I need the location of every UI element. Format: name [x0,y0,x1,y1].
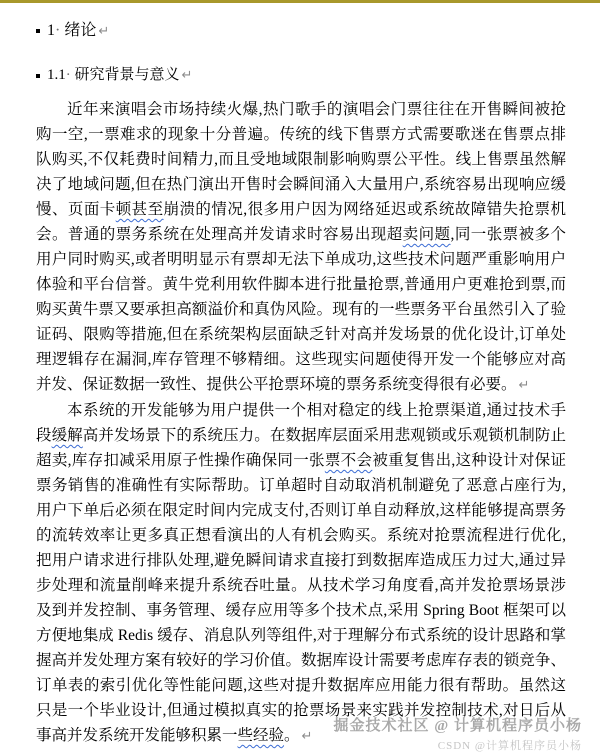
paragraph-background: 近年来演唱会市场持续火爆,热门歌手的演唱会门票往往在开售瞬间被抢购一空,一票难求… [36,97,566,398]
heading-chapter-1: 1· 绪论↵ [36,21,566,42]
paragraph-significance: 本系统的开发能够为用户提供一个相对稳定的线上抢票渠道,通过技术手段缓解高并发场景… [36,398,566,749]
paragraph-end-mark: ↵ [302,729,313,744]
outline-square-marker-icon [36,74,40,78]
document-body: 1· 绪论↵ 1.1· 研究背景与意义↵ 近年来演唱会市场持续火爆,热门歌手的演… [0,0,600,749]
heading-number: 1 [47,22,55,39]
document-page: 1· 绪论↵ 1.1· 研究背景与意义↵ 近年来演唱会市场持续火爆,热门歌手的演… [0,0,600,756]
outline-square-marker-icon [36,29,40,33]
space-dot-mark: · [66,67,71,83]
body-text: 被重复售出,这种设计对保证票务销售的准确性有实际帮助。订单超时自动取消机制避免了… [36,452,566,744]
heading-section-1-1: 1.1· 研究背景与意义↵ [36,65,566,86]
heading-title: 绪论 [64,22,96,39]
paragraph-end-mark: ↵ [98,24,109,39]
spellcheck-underlined-text: 卖问题 [403,226,451,243]
spellcheck-underlined-text: 顿甚至 [116,201,164,218]
page-top-border [0,0,600,3]
spellcheck-underlined-text: 些经验 [238,727,285,744]
spellcheck-underlined-text: 缓解 [52,427,83,444]
spellcheck-underlined-text: 票不会 [325,452,372,469]
body-text: ,同一张票被多个用户同时购买,或者明明显示有票却无法下单成功,这些技术问题严重影… [36,226,566,393]
space-dot-mark: · [55,22,60,39]
paragraph-end-mark: ↵ [182,68,193,83]
body-text: 。 [284,727,300,744]
heading-number: 1.1 [47,67,66,83]
heading-title: 研究背景与意义 [75,67,180,83]
paragraph-end-mark: ↵ [519,378,530,393]
